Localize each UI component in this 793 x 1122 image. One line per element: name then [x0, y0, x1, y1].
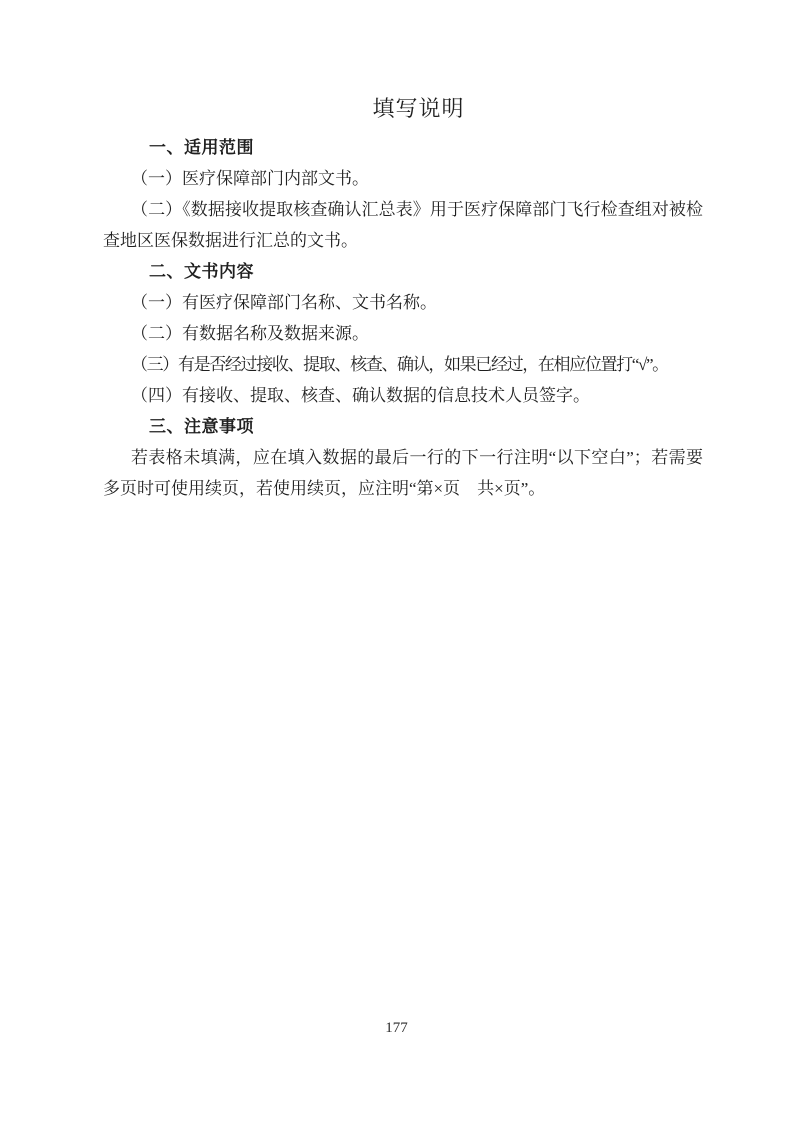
- paragraph: （二）有数据名称及数据来源。: [103, 318, 703, 349]
- paragraph: （三）有是否经过接收、提取、核查、确认，如果已经过，在相应位置打“√”。: [103, 349, 703, 380]
- paragraph: （一）有医疗保障部门名称、文书名称。: [103, 287, 703, 318]
- page-title: 填写说明: [103, 95, 703, 122]
- section-heading-contents: 二、文书内容: [103, 256, 703, 287]
- paragraph: （四）有接收、提取、核查、确认数据的信息技术人员签字。: [103, 380, 703, 411]
- section-heading-scope: 一、适用范围: [103, 132, 703, 163]
- section-heading-notes: 三、注意事项: [103, 411, 703, 442]
- paragraph: 若表格未填满，应在填入数据的最后一行的下一行注明“以下空白”；若需要多页时可使用…: [103, 442, 703, 504]
- document-page: 填写说明 一、适用范围 （一）医疗保障部门内部文书。 （二）《数据接收提取核查确…: [0, 0, 793, 1122]
- paragraph: （二）《数据接收提取核查确认汇总表》用于医疗保障部门飞行检查组对被检查地区医保数…: [103, 194, 703, 256]
- page-number: 177: [0, 1018, 793, 1038]
- paragraph: （一）医疗保障部门内部文书。: [103, 163, 703, 194]
- document-content: 填写说明 一、适用范围 （一）医疗保障部门内部文书。 （二）《数据接收提取核查确…: [103, 0, 703, 504]
